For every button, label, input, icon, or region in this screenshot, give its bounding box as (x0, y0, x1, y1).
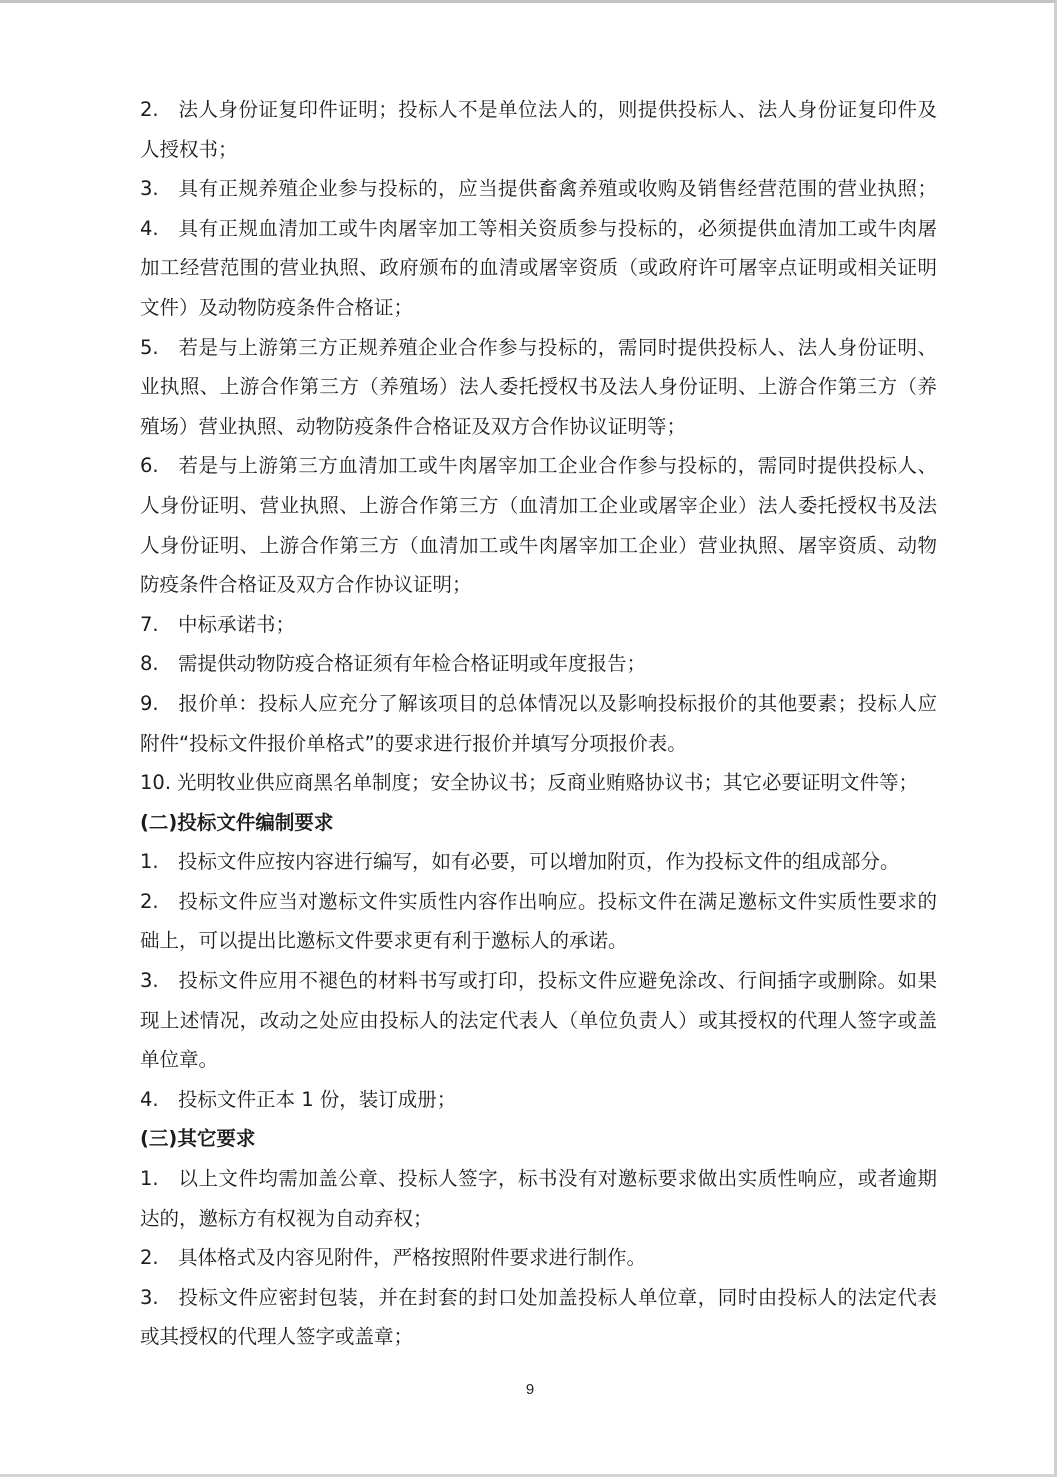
list-item-number: 3. (140, 961, 178, 1001)
line-text: 或其授权的代理人签字或盖章； (140, 1325, 413, 1348)
list-item-start-line: 1.以​上​文​件​均​需​加​盖​公​章​、​投​标​人​签​字​，​标​书​… (140, 1159, 937, 1199)
line-text: 防疫条件合格证及双方合作协议证明； (140, 573, 472, 596)
page-number: 9 (0, 1381, 1060, 1398)
line-text: 中标承诺书； (178, 613, 295, 636)
list-item-continuation-line: 文件）及动物防疫条件合格证； (140, 288, 937, 328)
list-item-number: 9. (140, 684, 178, 724)
list-item-continuation-line: 附件“投标文件报价单格式”的要求进行报价并填写分项报价表。 (140, 724, 937, 764)
line-text: 现​上​述​情​况​，​改​动​之​处​应​由​投​标​人​的​法​定​代​表​… (140, 1009, 937, 1032)
list-item-start-line: 4.具​有​正​规​血​清​加​工​或​牛​肉​屠​宰​加​工​等​相​关​资​… (140, 209, 937, 249)
line-text: 单位章。 (140, 1048, 218, 1071)
line-text: 人​身​份​证​明​、​上​游​合​作​第​三​方​（​血​清​加​工​或​牛​… (140, 534, 937, 557)
line-text: 投​标​文​件​应​当​对​邀​标​文​件​实​质​性​内​容​作​出​响​应​… (140, 890, 937, 922)
list-item-continuation-line: 或其授权的代理人签字或盖章； (140, 1317, 937, 1357)
line-text: 投​标​文​件​应​用​不​褪​色​的​材​料​书​写​或​打​印​，​投​标​… (140, 969, 937, 1001)
list-item-continuation-line: 人授权书； (140, 130, 937, 170)
list-item-start-line: 4.投标文件正本 1 份，装订成册； (140, 1080, 937, 1120)
list-item-continuation-line: 单位章。 (140, 1040, 937, 1080)
line-text: 础上，可以提出比邀标文件要求更有利于邀标人的承诺。 (140, 929, 628, 952)
line-text: 法​人​身​份​证​复​印​件​证​明​；​投​标​人​不​是​单​位​法​人​… (140, 98, 937, 130)
line-text: 具​有​正​规​血​清​加​工​或​牛​肉​屠​宰​加​工​等​相​关​资​质​… (140, 217, 937, 249)
list-item-start-line: 2.法​人​身​份​证​复​印​件​证​明​；​投​标​人​不​是​单​位​法​… (140, 90, 937, 130)
list-item-number: 4. (140, 209, 178, 249)
list-item-start-line: 2.具体格式及内容见附件，严格按照附件要求进行制作。 (140, 1238, 937, 1278)
list-item-number: 6. (140, 446, 178, 486)
list-item-start-line: 10.光明牧业供应商黑名单制度；安全协议书；反商业贿赂协议书；其它必要证明文件等… (140, 763, 937, 803)
line-text: 人​身​份​证​明​、​营​业​执​照​、​上​游​合​作​第​三​方​（​血​… (140, 494, 937, 517)
document-page: 2.法​人​身​份​证​复​印​件​证​明​；​投​标​人​不​是​单​位​法​… (0, 0, 1057, 1477)
line-text: 文件）及动物防疫条件合格证； (140, 296, 413, 319)
list-item-start-line: 5.若​是​与​上​游​第​三​方​正​规​养​殖​企​业​合​作​参​与​投​… (140, 328, 937, 368)
line-text: 若​是​与​上​游​第​三​方​血​清​加​工​或​牛​肉​屠​宰​加​工​企​… (140, 454, 937, 486)
list-item-start-line: 8.需提供动物防疫合格证须有年检合格证明或年度报告； (140, 644, 937, 684)
list-item-continuation-line: 业​执​照​、​上​游​合​作​第​三​方​（​养​殖​场​）​法​人​委​托​… (140, 367, 937, 407)
line-text: 人授权书； (140, 138, 238, 161)
line-text: 具​有​正​规​养​殖​企​业​参​与​投​标​的​，​应​当​提​供​畜​禽​… (178, 177, 937, 200)
list-item-continuation-line: 殖场）营业执照、动物防疫条件合格证及双方合作协议证明等； (140, 407, 937, 447)
list-item-number: 4. (140, 1080, 178, 1120)
line-text: 业​执​照​、​上​游​合​作​第​三​方​（​养​殖​场​）​法​人​委​托​… (140, 375, 937, 398)
list-item-continuation-line: 加​工​经​营​范​围​的​营​业​执​照​、​政​府​颁​布​的​血​清​或​… (140, 248, 937, 288)
heading-text: (二)投标文件编制要求 (140, 811, 333, 834)
list-item-start-line: 6.若​是​与​上​游​第​三​方​血​清​加​工​或​牛​肉​屠​宰​加​工​… (140, 446, 937, 486)
list-item-number: 2. (140, 1238, 178, 1278)
list-item-continuation-line: 现​上​述​情​况​，​改​动​之​处​应​由​投​标​人​的​法​定​代​表​… (140, 1001, 937, 1041)
line-text: 以​上​文​件​均​需​加​盖​公​章​、​投​标​人​签​字​，​标​书​没​… (140, 1167, 937, 1199)
line-text: 投标文件正本 1 份，装订成册； (178, 1088, 456, 1111)
list-item-start-line: 3.投​标​文​件​应​密​封​包​装​，​并​在​封​套​的​封​口​处​加​… (140, 1278, 937, 1318)
line-text: 加​工​经​营​范​围​的​营​业​执​照​、​政​府​颁​布​的​血​清​或​… (140, 256, 937, 279)
line-text: 具体格式及内容见附件，严格按照附件要求进行制作。 (178, 1246, 646, 1269)
list-item-start-line: 1.投标文件应按内容进行编写，如有必要，可以增加附页，作为投标文件的组成部分。 (140, 842, 937, 882)
list-item-number: 5. (140, 328, 178, 368)
list-item-continuation-line: 防疫条件合格证及双方合作协议证明； (140, 565, 937, 605)
line-text: 投标文件应按内容进行编写，如有必要，可以增加附页，作为投标文件的组成部分。 (178, 850, 900, 873)
line-text: 附件“投标文件报价单格式”的要求进行报价并填写分项报价表。 (140, 732, 687, 755)
list-item-start-line: 2.投​标​文​件​应​当​对​邀​标​文​件​实​质​性​内​容​作​出​响​… (140, 882, 937, 922)
line-text: 需提供动物防疫合格证须有年检合格证明或年度报告； (178, 652, 646, 675)
line-text: 报​价​单​：​投​标​人​应​充​分​了​解​该​项​目​的​总​体​情​况​… (140, 692, 937, 724)
section-heading: (三)其它要求 (140, 1119, 937, 1159)
list-item-number: 1. (140, 1159, 178, 1199)
list-item-number: 7. (140, 605, 178, 645)
list-item-number: 8. (140, 644, 178, 684)
line-text: 光明牧业供应商黑名单制度；安全协议书；反商业贿赂协议书；其它必要证明文件等； (177, 771, 918, 794)
list-item-continuation-line: 人​身​份​证​明​、​上​游​合​作​第​三​方​（​血​清​加​工​或​牛​… (140, 526, 937, 566)
list-item-start-line: 7.中标承诺书； (140, 605, 937, 645)
line-text: 达的，邀标方有权视为自动弃权； (140, 1207, 433, 1230)
document-body: 2.法​人​身​份​证​复​印​件​证​明​；​投​标​人​不​是​单​位​法​… (140, 90, 937, 1357)
list-item-number: 3. (140, 1278, 178, 1318)
list-item-continuation-line: 础上，可以提出比邀标文件要求更有利于邀标人的承诺。 (140, 921, 937, 961)
list-item-start-line: 3.投​标​文​件​应​用​不​褪​色​的​材​料​书​写​或​打​印​，​投​… (140, 961, 937, 1001)
list-item-continuation-line: 达的，邀标方有权视为自动弃权； (140, 1199, 937, 1239)
line-text: 若​是​与​上​游​第​三​方​正​规​养​殖​企​业​合​作​参​与​投​标​… (140, 336, 937, 368)
heading-text: (三)其它要求 (140, 1127, 255, 1150)
section-heading: (二)投标文件编制要求 (140, 803, 937, 843)
list-item-continuation-line: 人​身​份​证​明​、​营​业​执​照​、​上​游​合​作​第​三​方​（​血​… (140, 486, 937, 526)
line-text: 投​标​文​件​应​密​封​包​装​，​并​在​封​套​的​封​口​处​加​盖​… (140, 1286, 937, 1318)
line-text: 殖场）营业执照、动物防疫条件合格证及双方合作协议证明等； (140, 415, 686, 438)
list-item-start-line: 9.报​价​单​：​投​标​人​应​充​分​了​解​该​项​目​的​总​体​情​… (140, 684, 937, 724)
list-item-number: 2. (140, 882, 178, 922)
list-item-start-line: 3.具​有​正​规​养​殖​企​业​参​与​投​标​的​，​应​当​提​供​畜​… (140, 169, 937, 209)
list-item-number: 10. (140, 763, 171, 803)
list-item-number: 1. (140, 842, 178, 882)
list-item-number: 2. (140, 90, 178, 130)
list-item-number: 3. (140, 169, 178, 209)
